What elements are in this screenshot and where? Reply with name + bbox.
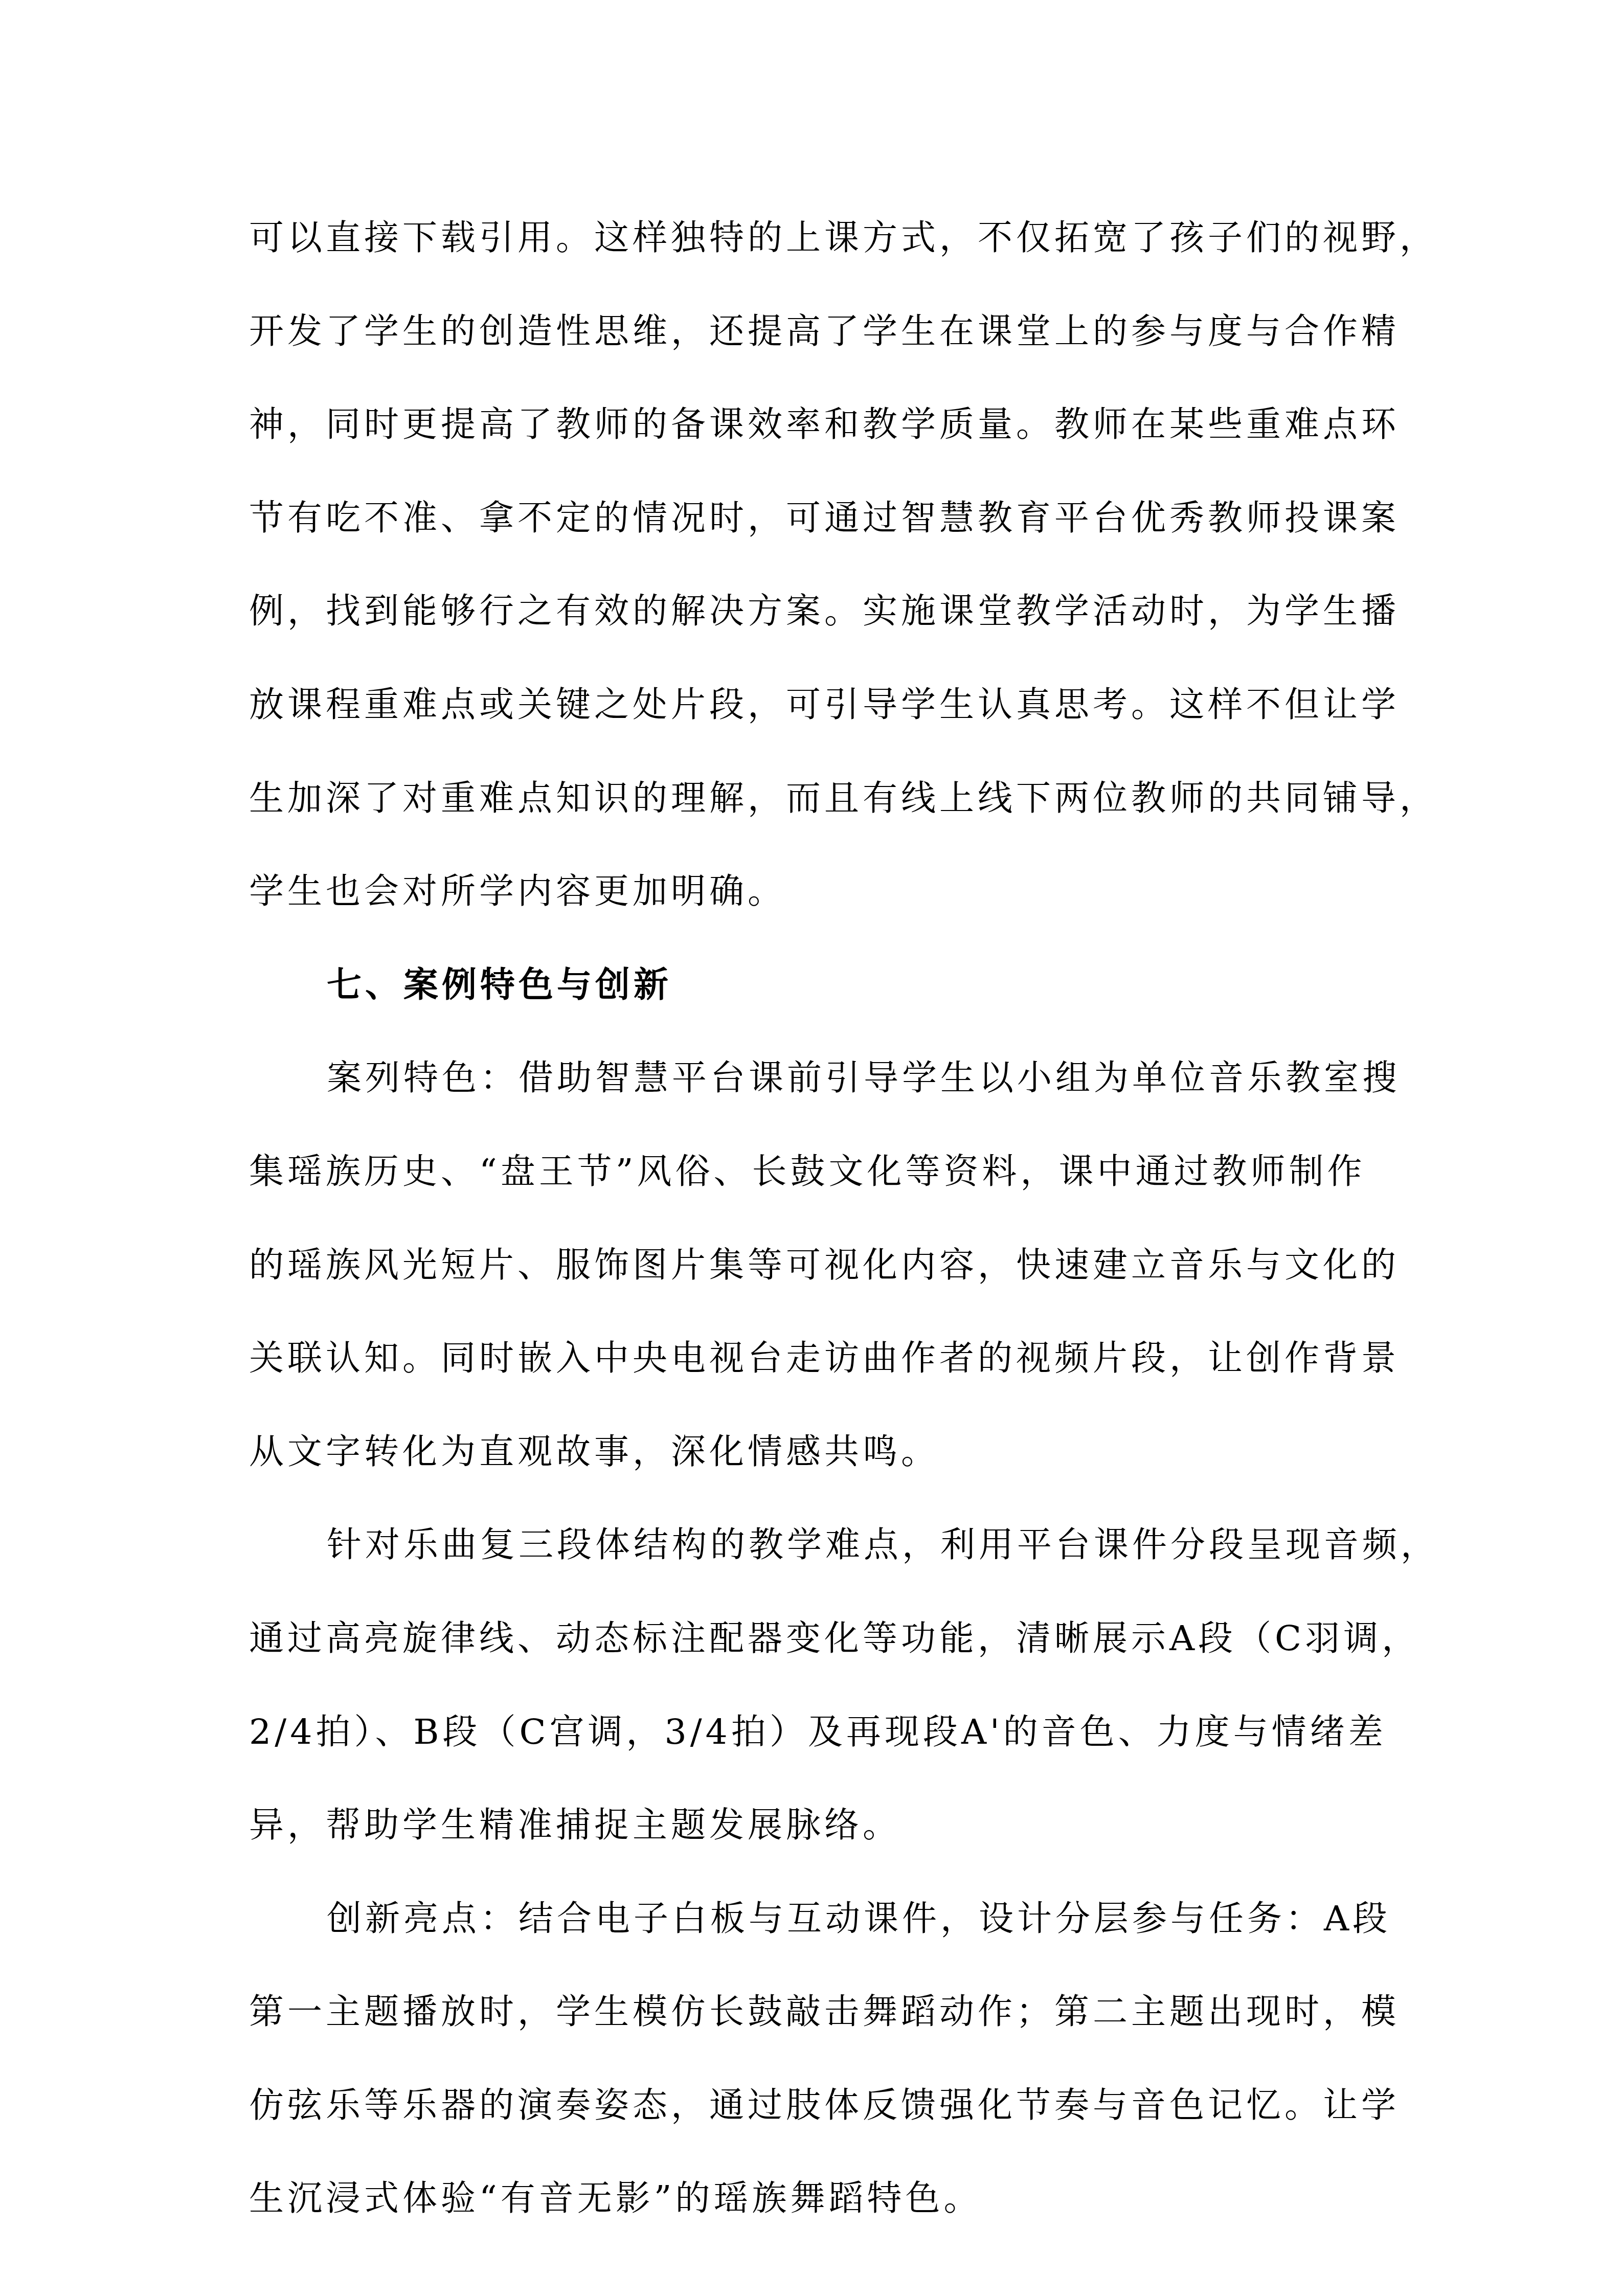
text-line: 创新亮点：结合电子白板与互动课件，设计分层参与任务：A段 (249, 1873, 1384, 1966)
text-line: 放课程重难点或关键之处片段，可引导学生认真思考。这样不但让学 (249, 659, 1384, 752)
text-line: 开发了学生的创造性思维，还提高了学生在课堂上的参与度与合作精 (249, 285, 1384, 379)
text-line: 生沉浸式体验“有音无影”的瑶族舞蹈特色。 (249, 2152, 1384, 2246)
text-line: 集瑶族历史、“盘王节”风俗、长鼓文化等资料，课中通过教师制作 (249, 1126, 1384, 1219)
text-line: 案列特色：借助智慧平台课前引导学生以小组为单位音乐教室搜 (249, 1032, 1384, 1126)
text-line: 神，同时更提高了教师的备课效率和教学质量。教师在某些重难点环 (249, 378, 1384, 472)
text-line: 从文字转化为直观故事，深化情感共鸣。 (249, 1406, 1384, 1499)
text-line: 针对乐曲复三段体结构的教学难点，利用平台课件分段呈现音频， (249, 1499, 1384, 1592)
text-line: 的瑶族风光短片、服饰图片集等可视化内容，快速建立音乐与文化的 (249, 1219, 1384, 1313)
text-line: 通过高亮旋律线、动态标注配器变化等功能，清晰展示A段（C羽调， (249, 1592, 1384, 1686)
paragraph-innovation-highlights: 创新亮点：结合电子白板与互动课件，设计分层参与任务：A段 第一主题播放时，学生模… (249, 1873, 1384, 2246)
text-line: 学生也会对所学内容更加明确。 (249, 845, 1384, 939)
paragraph-structure-teaching: 针对乐曲复三段体结构的教学难点，利用平台课件分段呈现音频， 通过高亮旋律线、动态… (249, 1499, 1384, 1872)
text-line: 仿弦乐等乐器的演奏姿态，通过肢体反馈强化节奏与音色记忆。让学 (249, 2059, 1384, 2153)
text-line: 第一主题播放时，学生模仿长鼓敲击舞蹈动作；第二主题出现时，模 (249, 1966, 1384, 2059)
paragraph-case-features: 案列特色：借助智慧平台课前引导学生以小组为单位音乐教室搜 集瑶族历史、“盘王节”… (249, 1032, 1384, 1499)
text-line: 异，帮助学生精准捕捉主题发展脉络。 (249, 1779, 1384, 1873)
text-line: 关联认知。同时嵌入中央电视台走访曲作者的视频片段，让创作背景 (249, 1312, 1384, 1406)
text-line: 可以直接下载引用。这样独特的上课方式，不仅拓宽了孩子们的视野， (249, 192, 1384, 285)
paragraph-continuation: 可以直接下载引用。这样独特的上课方式，不仅拓宽了孩子们的视野， 开发了学生的创造… (249, 192, 1384, 939)
text-line: 2/4拍）、B段（C宫调，3/4拍）及再现段A'的音色、力度与情绪差 (249, 1686, 1384, 1780)
text-line: 节有吃不准、拿不定的情况时，可通过智慧教育平台优秀教师投课案 (249, 472, 1384, 566)
section-heading: 七、案例特色与创新 (249, 939, 1384, 1032)
text-line: 生加深了对重难点知识的理解，而且有线上线下两位教师的共同铺导， (249, 752, 1384, 846)
text-line: 例，找到能够行之有效的解决方案。实施课堂教学活动时，为学生播 (249, 565, 1384, 659)
document-page: 可以直接下载引用。这样独特的上课方式，不仅拓宽了孩子们的视野， 开发了学生的创造… (249, 192, 1384, 2246)
